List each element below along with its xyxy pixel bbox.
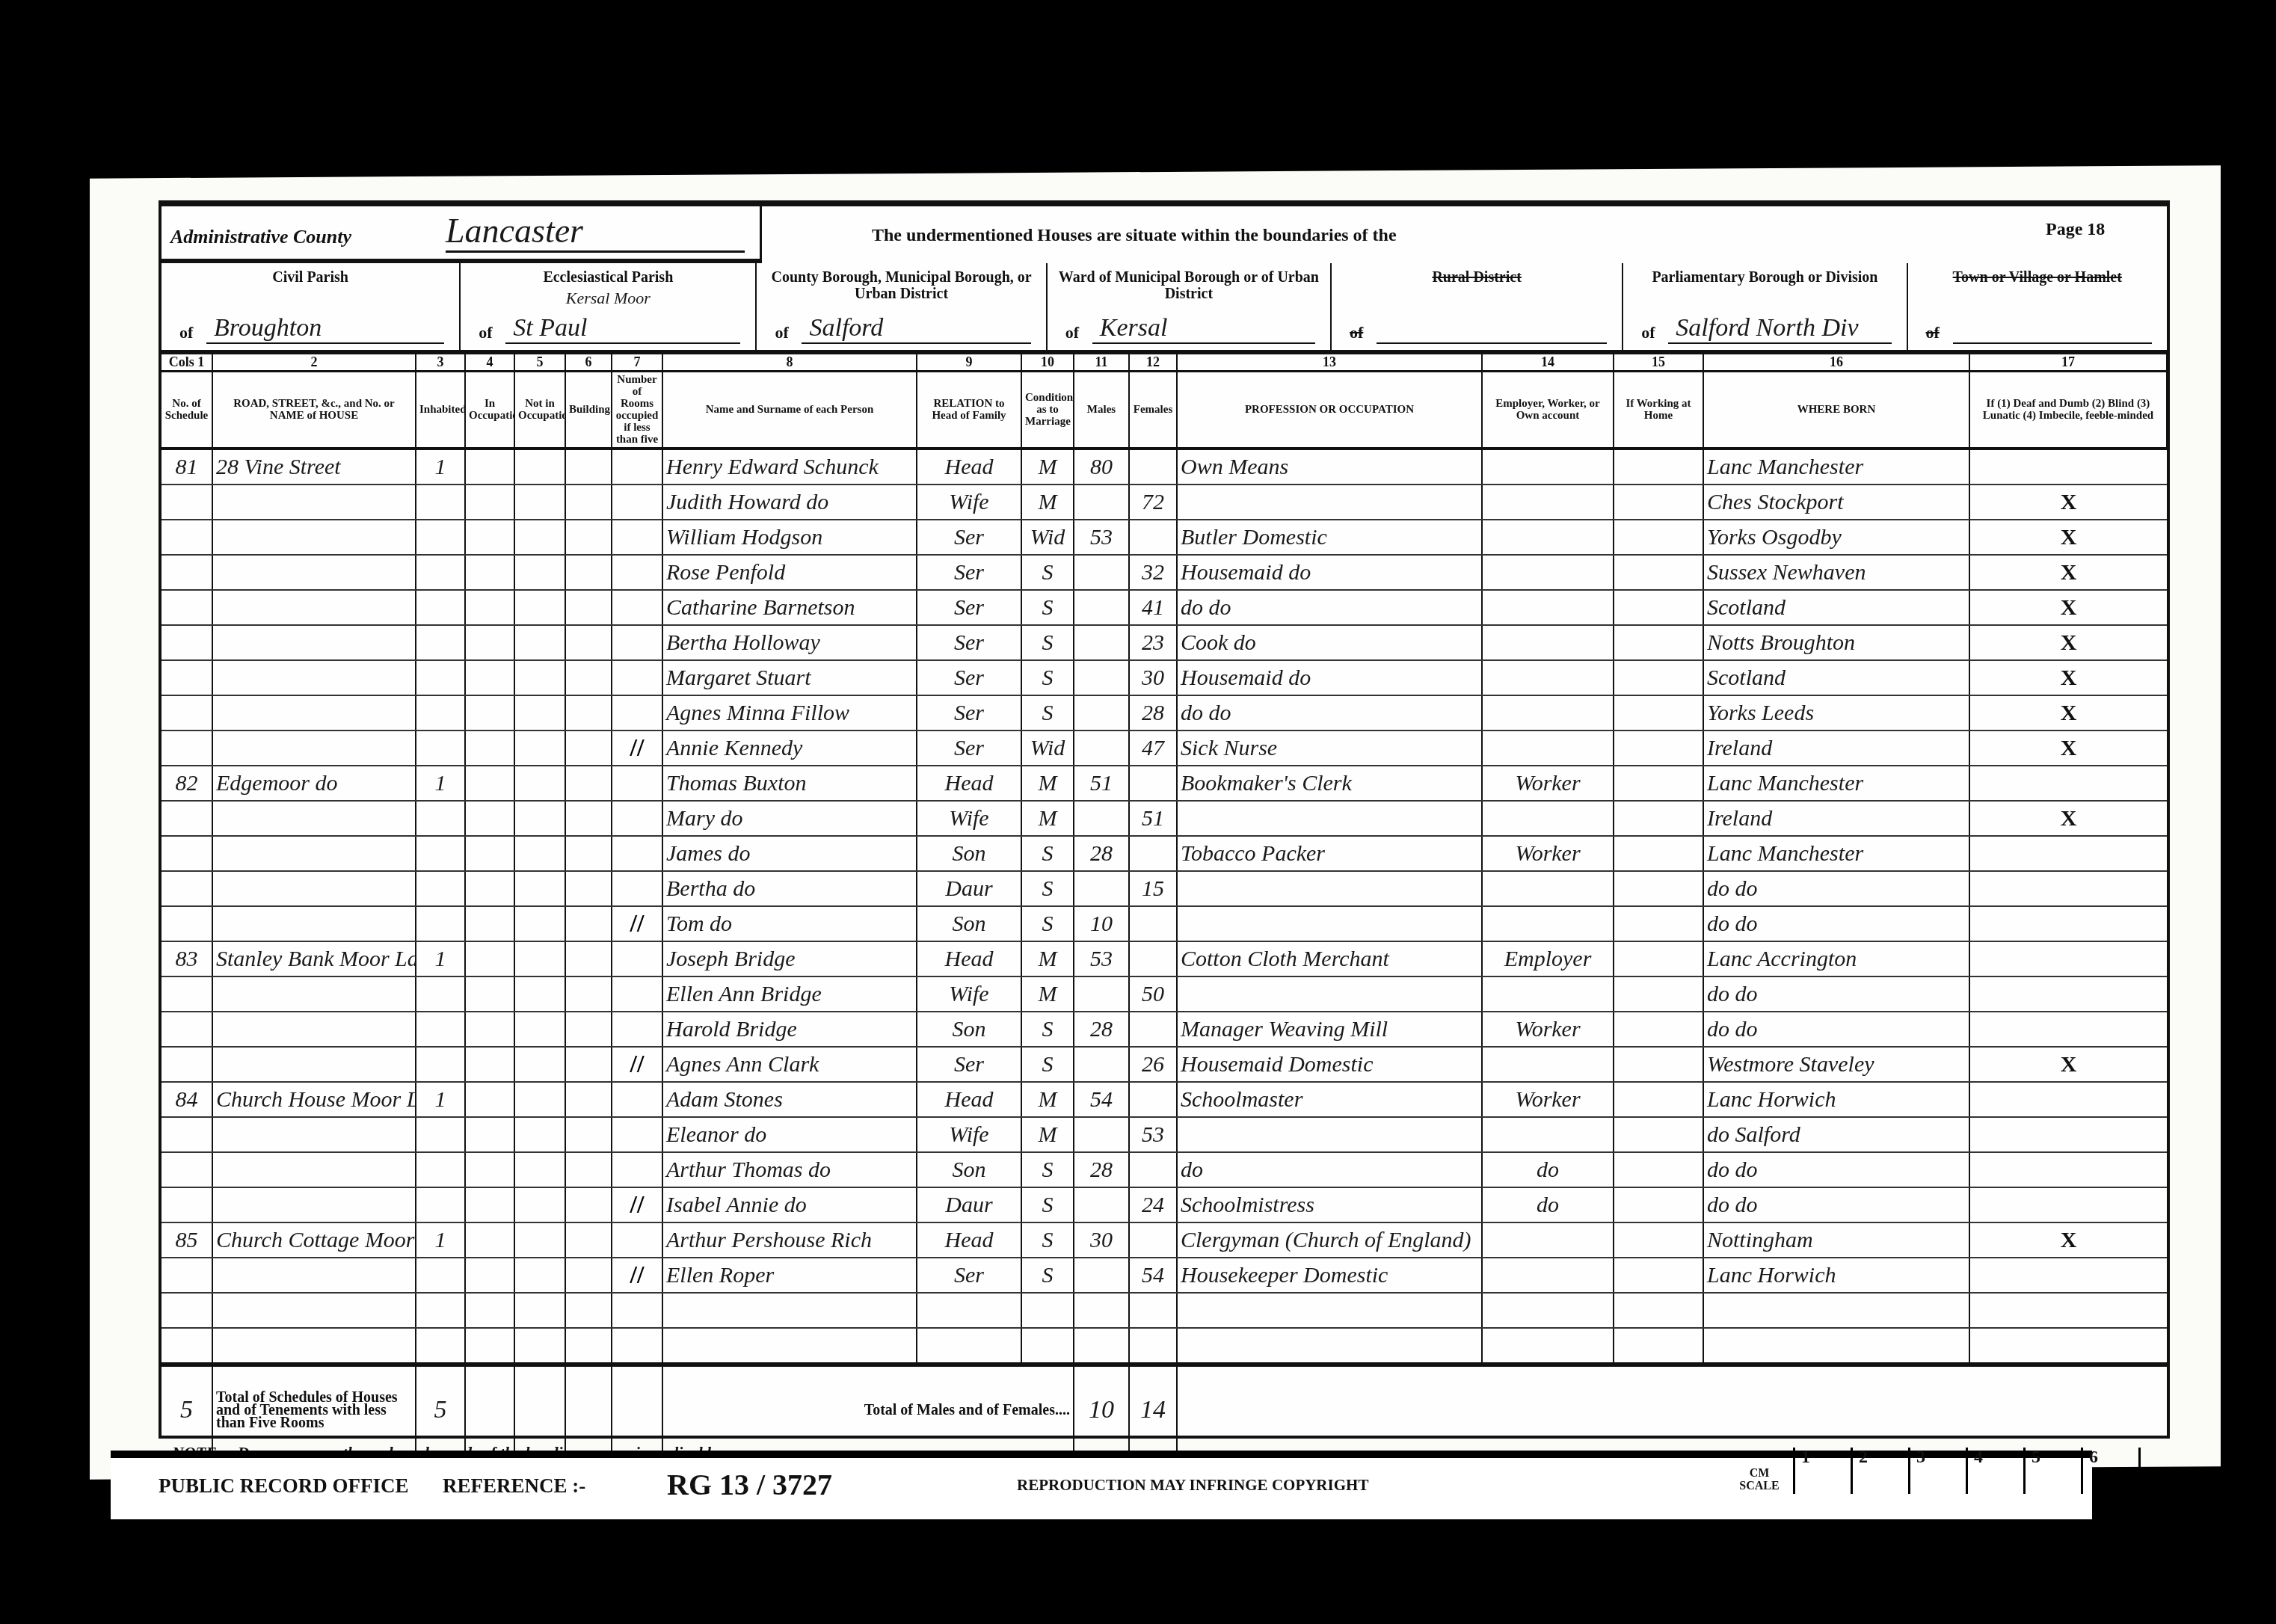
person-name: Henry Edward Schunck	[662, 449, 917, 485]
relation: Ser	[917, 660, 1021, 695]
boundary-field: Ward of Municipal Borough or of Urban Di…	[1048, 263, 1332, 350]
empty-cell	[565, 1293, 612, 1328]
employment-status	[1482, 731, 1614, 766]
table-row: William HodgsonSerWid53Butler DomesticYo…	[162, 520, 2167, 555]
inhabited-count	[416, 1328, 465, 1365]
relation: Head	[917, 449, 1021, 485]
empty-cell	[465, 555, 514, 590]
table-row: Agnes Minna FillowSerS28do doYorks Leeds…	[162, 695, 2167, 731]
inhabited-count	[416, 1117, 465, 1152]
infirmity-mark	[1969, 1187, 2167, 1222]
heading-in-occupation: In Occupation.	[465, 372, 514, 449]
address: Church House Moor Lane	[212, 1082, 416, 1117]
empty-cell	[514, 801, 565, 836]
inhabited-count	[416, 695, 465, 731]
female-age: 41	[1129, 590, 1177, 625]
table-row: //Ellen RoperSerS54Housekeeper DomesticL…	[162, 1258, 2167, 1293]
infirmity-mark	[1969, 976, 2167, 1012]
boundary-field: Civil ParishofBroughton	[162, 263, 461, 350]
inhabited-count: 1	[416, 766, 465, 801]
empty-cell	[565, 660, 612, 695]
empty-cell	[514, 449, 565, 485]
empty-cell	[465, 1328, 514, 1365]
address	[212, 485, 416, 520]
inhabited-count	[416, 1293, 465, 1328]
employment-status	[1482, 871, 1614, 906]
marital-condition: S	[1021, 1152, 1074, 1187]
employment-status: Worker	[1482, 836, 1614, 871]
empty-cell	[612, 871, 662, 906]
address	[212, 555, 416, 590]
empty-cell	[612, 449, 662, 485]
address	[212, 731, 416, 766]
birthplace: Lanc Manchester	[1703, 766, 1969, 801]
relation: Ser	[917, 695, 1021, 731]
person-name: William Hodgson	[662, 520, 917, 555]
female-age: 30	[1129, 660, 1177, 695]
inhabited-count	[416, 660, 465, 695]
birthplace: Sussex Newhaven	[1703, 555, 1969, 590]
schedule-end-mark: //	[612, 1187, 662, 1222]
infirmity-mark: X	[1969, 590, 2167, 625]
relation: Head	[917, 941, 1021, 976]
birthplace: Scotland	[1703, 660, 1969, 695]
empty-cell	[565, 976, 612, 1012]
relation: Ser	[917, 520, 1021, 555]
address	[212, 801, 416, 836]
empty-cell	[465, 1222, 514, 1258]
empty-cell	[1614, 1187, 1703, 1222]
empty-cell	[612, 1082, 662, 1117]
marital-condition	[1021, 1293, 1074, 1328]
empty-cell	[1614, 695, 1703, 731]
column-number: 3	[416, 354, 465, 372]
empty-cell	[612, 1328, 662, 1365]
table-row: 8128 Vine Street1Henry Edward SchunckHea…	[162, 449, 2167, 485]
boundary-field-value: Kersal	[1092, 314, 1315, 344]
marital-condition: S	[1021, 1012, 1074, 1047]
empty-cell	[514, 625, 565, 660]
employment-status	[1482, 1328, 1614, 1365]
empty-cell	[514, 590, 565, 625]
relation: Ser	[917, 555, 1021, 590]
male-age	[1074, 660, 1129, 695]
heading-condition: Condition as to Marriage	[1021, 372, 1074, 449]
female-age: 23	[1129, 625, 1177, 660]
column-number: Cols 1	[162, 354, 212, 372]
boundary-field-title: Town or Village or Hamlet	[1908, 269, 2167, 286]
empty-cell	[1614, 1152, 1703, 1187]
empty-cell	[1614, 449, 1703, 485]
birthplace: Scotland	[1703, 590, 1969, 625]
male-age	[1074, 1187, 1129, 1222]
boundary-field-value	[1377, 342, 1607, 344]
birthplace: do do	[1703, 1152, 1969, 1187]
schedule-number	[162, 1012, 212, 1047]
person-name: Thomas Buxton	[662, 766, 917, 801]
heading-inhabited: Inhabited	[416, 372, 465, 449]
infirmity-mark: X	[1969, 555, 2167, 590]
inhabited-count	[416, 1152, 465, 1187]
census-form: Administrative County Lancaster The unde…	[159, 200, 2170, 1439]
empty-cell	[1614, 801, 1703, 836]
column-number: 13	[1177, 354, 1482, 372]
heading-at-home: If Working at Home	[1614, 372, 1703, 449]
empty-cell	[612, 836, 662, 871]
empty-cell	[1614, 906, 1703, 941]
empty-cell	[612, 555, 662, 590]
inhabited-count	[416, 485, 465, 520]
empty-cell	[612, 625, 662, 660]
marital-condition: M	[1021, 766, 1074, 801]
column-numbers: Cols 1234567891011121314151617	[162, 354, 2167, 372]
address	[212, 695, 416, 731]
total-schedules-label: Total of Schedules of Houses and of Tene…	[212, 1365, 416, 1454]
of-label: of	[1065, 323, 1079, 342]
schedule-number	[162, 1187, 212, 1222]
empty-cell	[465, 485, 514, 520]
address	[212, 906, 416, 941]
marital-condition: S	[1021, 906, 1074, 941]
address	[212, 660, 416, 695]
column-number: 2	[212, 354, 416, 372]
empty-cell	[465, 520, 514, 555]
empty-cell	[1614, 976, 1703, 1012]
scale-mark: 2	[1853, 1448, 1910, 1494]
empty-cell	[565, 1152, 612, 1187]
cm-scale-label: CM SCALE	[1733, 1467, 1786, 1492]
empty-cell	[612, 1222, 662, 1258]
empty-cell	[612, 976, 662, 1012]
address	[212, 1258, 416, 1293]
inhabited-count	[416, 1047, 465, 1082]
administrative-county-label: Administrative County	[170, 226, 351, 248]
heading-occupation: PROFESSION OR OCCUPATION	[1177, 372, 1482, 449]
infirmity-mark	[1969, 906, 2167, 941]
footer-reference-label: REFERENCE :-	[443, 1474, 585, 1498]
empty-cell	[612, 520, 662, 555]
empty-cell	[465, 836, 514, 871]
empty-cell	[465, 871, 514, 906]
empty-cell	[465, 590, 514, 625]
female-age: 32	[1129, 555, 1177, 590]
empty-cell	[465, 625, 514, 660]
male-age: 54	[1074, 1082, 1129, 1117]
empty-cell	[1614, 871, 1703, 906]
table-row: //Agnes Ann ClarkSerS26Housemaid Domesti…	[162, 1047, 2167, 1082]
schedule-number	[162, 555, 212, 590]
table-row: Bertha HollowaySerS23Cook doNotts Brough…	[162, 625, 2167, 660]
table-row: //Tom doSonS10do do	[162, 906, 2167, 941]
empty-cell	[565, 449, 612, 485]
empty-cell	[465, 731, 514, 766]
empty-cell	[612, 1293, 662, 1328]
empty-cell	[514, 485, 565, 520]
occupation: Housemaid do	[1177, 555, 1482, 590]
empty-cell	[514, 871, 565, 906]
of-label: of	[1350, 323, 1363, 342]
address: Edgemoor do	[212, 766, 416, 801]
female-age: 24	[1129, 1187, 1177, 1222]
heading-males: Males	[1074, 372, 1129, 449]
empty-cell	[565, 1012, 612, 1047]
female-age: 50	[1129, 976, 1177, 1012]
employment-status: Employer	[1482, 941, 1614, 976]
female-age: 54	[1129, 1258, 1177, 1293]
marital-condition: M	[1021, 485, 1074, 520]
birthplace: Lanc Horwich	[1703, 1258, 1969, 1293]
inhabited-count	[416, 625, 465, 660]
occupation: Housemaid do	[1177, 660, 1482, 695]
person-name: Agnes Minna Fillow	[662, 695, 917, 731]
boundary-field-value	[1953, 342, 2152, 344]
employment-status	[1482, 660, 1614, 695]
relation: Son	[917, 1012, 1021, 1047]
boundary-field: County Borough, Municipal Borough, or Ur…	[757, 263, 1047, 350]
person-name: Eleanor do	[662, 1117, 917, 1152]
empty-cell	[465, 1117, 514, 1152]
table-row: Mary doWifeM51IrelandX	[162, 801, 2167, 836]
marital-condition: S	[1021, 871, 1074, 906]
of-label: of	[479, 323, 492, 342]
inhabited-count: 1	[416, 941, 465, 976]
page-number: Page 18	[2046, 220, 2105, 240]
cm-scale: 123456	[1793, 1448, 2141, 1494]
inhabited-count	[416, 801, 465, 836]
male-age	[1074, 625, 1129, 660]
empty-cell	[612, 485, 662, 520]
birthplace: do do	[1703, 1012, 1969, 1047]
birthplace: do Salford	[1703, 1117, 1969, 1152]
empty-cell	[565, 801, 612, 836]
occupation: Clergyman (Church of England)	[1177, 1222, 1482, 1258]
heading-road: ROAD, STREET, &c., and No. or NAME of HO…	[212, 372, 416, 449]
empty-cell	[514, 660, 565, 695]
boundary-field-title: Ward of Municipal Borough or of Urban Di…	[1048, 269, 1330, 302]
relation: Son	[917, 1152, 1021, 1187]
schedule-number	[162, 1258, 212, 1293]
female-age: 28	[1129, 695, 1177, 731]
male-age	[1074, 555, 1129, 590]
marital-condition: S	[1021, 1047, 1074, 1082]
birthplace: Ches Stockport	[1703, 485, 1969, 520]
occupation: Own Means	[1177, 449, 1482, 485]
empty-cell	[565, 1117, 612, 1152]
birthplace	[1703, 1328, 1969, 1365]
schedule-number	[162, 1117, 212, 1152]
female-age: 15	[1129, 871, 1177, 906]
empty-cell	[565, 1328, 612, 1365]
person-name	[662, 1328, 917, 1365]
archive-footer: PUBLIC RECORD OFFICE REFERENCE :- RG 13 …	[111, 1451, 2092, 1527]
empty-cell	[1614, 555, 1703, 590]
relation: Ser	[917, 590, 1021, 625]
person-name: Harold Bridge	[662, 1012, 917, 1047]
person-name: Mary do	[662, 801, 917, 836]
table-row	[162, 1293, 2167, 1328]
empty-cell	[565, 731, 612, 766]
female-age: 51	[1129, 801, 1177, 836]
boundary-field-title: Rural District	[1332, 269, 1622, 286]
empty-cell	[565, 941, 612, 976]
employment-status	[1482, 906, 1614, 941]
boundary-field-title: Civil Parish	[162, 269, 459, 286]
male-age: 28	[1074, 1152, 1129, 1187]
relation: Ser	[917, 625, 1021, 660]
address: Stanley Bank Moor Lane	[212, 941, 416, 976]
empty-cell	[565, 766, 612, 801]
male-age	[1074, 1293, 1129, 1328]
male-age: 53	[1074, 520, 1129, 555]
column-number: 7	[612, 354, 662, 372]
address: 28 Vine Street	[212, 449, 416, 485]
male-age: 30	[1074, 1222, 1129, 1258]
table-row: Judith Howard doWifeM72Ches StockportX	[162, 485, 2167, 520]
empty-cell	[514, 555, 565, 590]
address	[212, 1293, 416, 1328]
empty-cell	[1614, 836, 1703, 871]
boundary-field-value: Broughton	[206, 314, 444, 344]
empty-cell	[565, 1082, 612, 1117]
table-row: 84Church House Moor Lane1Adam StonesHead…	[162, 1082, 2167, 1117]
occupation: Bookmaker's Clerk	[1177, 766, 1482, 801]
scale-mark: 4	[1968, 1448, 2026, 1494]
birthplace: Lanc Manchester	[1703, 836, 1969, 871]
relation: Head	[917, 1082, 1021, 1117]
birthplace: Nottingham	[1703, 1222, 1969, 1258]
marital-condition: S	[1021, 1258, 1074, 1293]
empty-cell	[565, 520, 612, 555]
male-age	[1074, 590, 1129, 625]
birthplace: Notts Broughton	[1703, 625, 1969, 660]
schedule-number	[162, 520, 212, 555]
address: Church Cottage Moor Lane	[212, 1222, 416, 1258]
birthplace: do do	[1703, 1187, 1969, 1222]
occupation: Manager Weaving Mill	[1177, 1012, 1482, 1047]
person-name: Arthur Pershouse Rich	[662, 1222, 917, 1258]
empty-cell	[465, 766, 514, 801]
inhabited-count	[416, 590, 465, 625]
marital-condition: S	[1021, 625, 1074, 660]
relation: Wife	[917, 485, 1021, 520]
empty-cell	[514, 1258, 565, 1293]
column-number: 10	[1021, 354, 1074, 372]
empty-cell	[514, 1047, 565, 1082]
empty-cell	[1614, 1117, 1703, 1152]
inhabited-count	[416, 1187, 465, 1222]
empty-cell	[612, 1012, 662, 1047]
infirmity-mark	[1969, 1082, 2167, 1117]
empty-cell	[565, 590, 612, 625]
infirmity-mark	[1969, 1117, 2167, 1152]
schedule-number	[162, 1047, 212, 1082]
of-label: of	[1926, 323, 1940, 342]
empty-cell	[565, 625, 612, 660]
column-headings: No. of Schedule ROAD, STREET, &c., and N…	[162, 372, 2167, 449]
empty-cell	[465, 1293, 514, 1328]
table-row: //Isabel Annie doDaurS24Schoolmistressdo…	[162, 1187, 2167, 1222]
heading-where-born: WHERE BORN	[1703, 372, 1969, 449]
occupation: do	[1177, 1152, 1482, 1187]
table-row: 85Church Cottage Moor Lane1Arthur Persho…	[162, 1222, 2167, 1258]
table-row: //Annie KennedySerWid47Sick NurseIreland…	[162, 731, 2167, 766]
boundary-field: Ecclesiastical ParishKersal MoorofSt Pau…	[461, 263, 757, 350]
male-age	[1074, 801, 1129, 836]
empty-cell	[514, 836, 565, 871]
employment-status: Worker	[1482, 1012, 1614, 1047]
inhabited-count: 1	[416, 1082, 465, 1117]
address	[212, 1152, 416, 1187]
infirmity-mark: X	[1969, 485, 2167, 520]
empty-cell	[465, 1082, 514, 1117]
inhabited-count	[416, 731, 465, 766]
occupation: Sick Nurse	[1177, 731, 1482, 766]
schedule-number	[162, 695, 212, 731]
table-row: Bertha doDaurS15do do	[162, 871, 2167, 906]
empty-cell	[514, 1222, 565, 1258]
address	[212, 976, 416, 1012]
relation: Head	[917, 1222, 1021, 1258]
column-number: 12	[1129, 354, 1177, 372]
total-females: 14	[1129, 1365, 1177, 1454]
male-age	[1074, 695, 1129, 731]
schedule-number	[162, 1152, 212, 1187]
female-age	[1129, 1152, 1177, 1187]
heading-name: Name and Surname of each Person	[662, 372, 917, 449]
marital-condition: S	[1021, 836, 1074, 871]
female-age: 72	[1129, 485, 1177, 520]
table-row: Margaret StuartSerS30Housemaid doScotlan…	[162, 660, 2167, 695]
male-age	[1074, 1047, 1129, 1082]
total-males: 10	[1074, 1365, 1129, 1454]
scale-mark: 1	[1795, 1448, 1853, 1494]
schedule-end-mark: //	[612, 1258, 662, 1293]
male-age: 28	[1074, 836, 1129, 871]
empty-cell	[612, 801, 662, 836]
schedule-number: 85	[162, 1222, 212, 1258]
schedule-end-mark: //	[612, 906, 662, 941]
empty-cell	[1614, 1293, 1703, 1328]
employment-status	[1482, 695, 1614, 731]
birthplace: Lanc Horwich	[1703, 1082, 1969, 1117]
heading-building: Building.	[565, 372, 612, 449]
employment-status: Worker	[1482, 1082, 1614, 1117]
infirmity-mark	[1969, 1258, 2167, 1293]
female-age	[1129, 1222, 1177, 1258]
empty-cell	[565, 906, 612, 941]
marital-condition: M	[1021, 801, 1074, 836]
male-age	[1074, 976, 1129, 1012]
schedule-number	[162, 801, 212, 836]
occupation	[1177, 1117, 1482, 1152]
column-number: 17	[1969, 354, 2167, 372]
schedule-number	[162, 590, 212, 625]
female-age	[1129, 1328, 1177, 1365]
occupation: do do	[1177, 590, 1482, 625]
empty-cell	[465, 660, 514, 695]
empty-cell	[1614, 1328, 1703, 1365]
empty-cell	[612, 766, 662, 801]
schedule-number	[162, 485, 212, 520]
column-number: 4	[465, 354, 514, 372]
empty-cell	[465, 976, 514, 1012]
empty-cell	[465, 941, 514, 976]
person-name: Catharine Barnetson	[662, 590, 917, 625]
table-row: Arthur Thomas doSonS28dododo do	[162, 1152, 2167, 1187]
table-row: 83Stanley Bank Moor Lane1Joseph BridgeHe…	[162, 941, 2167, 976]
address	[212, 625, 416, 660]
male-age: 10	[1074, 906, 1129, 941]
